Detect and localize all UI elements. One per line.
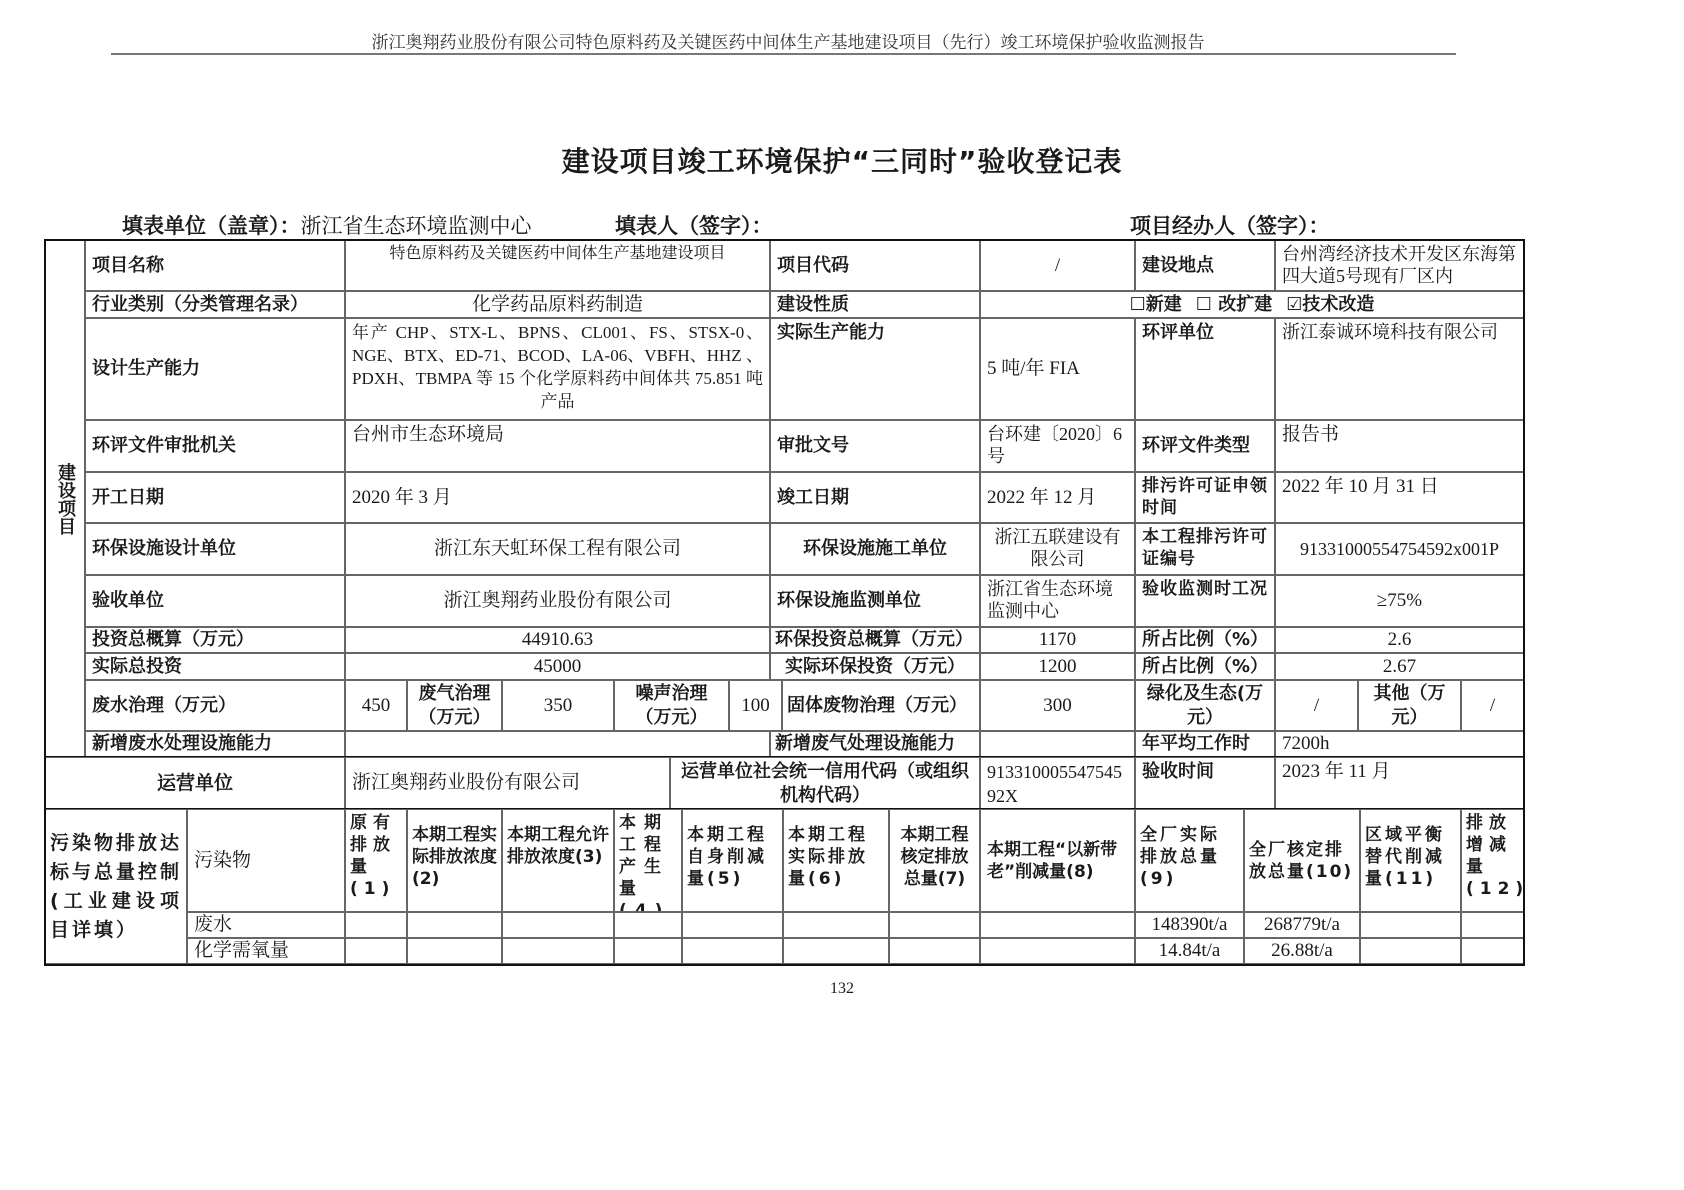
design-capacity-label: 设计生产能力 [85,318,345,420]
nature-options: ☐新建 ☐ 改扩建 ☑技术改造 [980,291,1524,318]
page-title: 建设项目竣工环境保护“三同时”验收登记表 [0,140,1684,180]
table-cell [345,912,407,938]
table-cell [889,938,980,964]
acceptance-time-label: 验收时间 [1135,757,1275,809]
actual-invest-value: 45000 [345,653,770,680]
nature-option-expansion-label: 改扩建 [1218,294,1272,315]
wastegas-value: 350 [502,680,614,731]
eia-approver-value: 台州市生态环境局 [345,420,770,472]
section-pollutant-side-label: 污染物排放达标与总量控制(工业建设项目详填） [45,809,187,964]
eia-unit-value: 浙江泰诚环境科技有限公司 [1275,318,1524,420]
fill-unit-label: 填表单位（盖章）： [122,214,301,238]
start-date-value: 2020 年 3 月 [345,472,770,523]
table-cell [783,938,889,964]
nature-option-expansion[interactable]: ☐ 改扩建 [1196,293,1272,317]
operator-value: 浙江奥翔药业股份有限公司 [345,757,670,809]
table-cell: 26.88t/a [1244,938,1360,964]
col-header-9: 全厂实际排放总量(9) [1135,809,1244,912]
nature-option-new-label: 新建 [1146,294,1182,315]
table-cell [682,912,783,938]
actual-capacity-label: 实际生产能力 [770,318,980,420]
table-cell [407,912,502,938]
credit-code-label: 运营单位社会统一信用代码（或组织机构代码） [670,757,980,809]
actual-env-invest-value: 1200 [980,653,1135,680]
nature-label: 建设性质 [770,291,980,318]
location-value: 台州湾经济技术开发区东海第四大道5号现有厂区内 [1275,240,1524,291]
table-cell [345,938,407,964]
monitor-condition-label: 验收监测时工况 [1135,575,1275,627]
start-date-label: 开工日期 [85,472,345,523]
table-cell: 148390t/a [1135,912,1244,938]
permit-no-label: 本工程排污许可证编号 [1135,523,1275,575]
col-header-1: 原有排放量(1) [345,809,407,912]
project-code-label: 项目代码 [770,240,980,291]
green-label: 绿化及生态(万元） [1135,680,1275,731]
eia-unit-label: 环评单位 [1135,318,1275,420]
page-number: 132 [0,980,1684,998]
table-cell [502,938,614,964]
design-capacity-value: 年产 CHP、STX-L、BPNS、CL001、FS、STSX-0、NGE、BT… [345,318,770,420]
wastegas-label: 废气治理（万元） [407,680,502,731]
table-cell [1461,912,1524,938]
work-hours-label: 年平均工作时 [1135,731,1275,757]
actual-capacity-value: 5 吨/年 FIA [980,318,1135,420]
credit-code-value: 91331000554754592X [980,757,1135,809]
checkbox-unchecked-icon[interactable]: ☐ [1196,294,1212,315]
complete-date-value: 2022 年 12 月 [980,472,1135,523]
acceptance-unit-value: 浙江奥翔药业股份有限公司 [345,575,770,627]
ratio2-label: 所占比例（%） [1135,653,1275,680]
manager-label: 项目经办人（签字）： [1130,214,1330,238]
pollutant-row-name: 废水 [187,912,345,938]
col-header-5: 本期工程自身削减量(5) [682,809,783,912]
table-cell [1360,938,1461,964]
ratio1-label: 所占比例（%） [1135,627,1275,653]
table-cell [682,938,783,964]
table-cell [407,938,502,964]
col-header-11: 区域平衡替代削减量(11) [1360,809,1461,912]
col-header-10: 全厂核定排放总量(10) [1244,809,1360,912]
col-header-8: 本期工程“以新带老”削减量(8) [980,809,1135,912]
permit-no-value: 91331000554754592x001P [1275,523,1524,575]
new-ww-capacity-value [345,731,770,757]
table-cell: 14.84t/a [1135,938,1244,964]
table-cell [502,912,614,938]
pollutant-row-name: 化学需氧量 [187,938,345,964]
wastewater-value: 450 [345,680,407,731]
header-divider [111,53,1456,55]
new-ww-capacity-label: 新增废水处理设施能力 [85,731,345,757]
work-hours-value: 7200h [1275,731,1524,757]
filler-signature: 填表人（签字）： [615,210,773,240]
new-gas-capacity-value [980,731,1135,757]
filler-label: 填表人（签字）： [615,214,773,238]
actual-env-invest-label: 实际环保投资（万元） [770,653,980,680]
eia-type-value: 报告书 [1275,420,1524,472]
env-build-label: 环保设施施工单位 [770,523,980,575]
checkbox-unchecked-icon[interactable]: ☐ [1130,294,1146,315]
section-project-side-label: 建设项目 [45,240,85,757]
project-code-value: / [980,240,1135,291]
manager-signature: 项目经办人（签字）： [1130,210,1330,240]
approval-no-value: 台环建〔2020〕6号 [980,420,1135,472]
monitor-condition-value: ≥75% [1275,575,1524,627]
table-cell [980,938,1135,964]
actual-invest-label: 实际总投资 [85,653,345,680]
env-invest-budget-label: 环保投资总概算（万元） [770,627,980,653]
fill-unit-value: 浙江省生态环境监测中心 [301,214,532,238]
acceptance-unit-label: 验收单位 [85,575,345,627]
other-label: 其他（万元） [1358,680,1461,731]
new-gas-capacity-label: 新增废气处理设施能力 [770,731,980,757]
location-label: 建设地点 [1135,240,1275,291]
col-header-2: 本期工程实际排放浓度(2) [407,809,502,912]
invest-budget-value: 44910.63 [345,627,770,653]
side-label-text: 建设项目 [53,463,77,535]
nature-option-new[interactable]: ☐新建 [1130,293,1182,317]
col-header-6: 本期工程实际排放量(6) [783,809,889,912]
eia-approver-label: 环评文件审批机关 [85,420,345,472]
project-name-value: 特色原料药及关键医药中间体生产基地建设项目 [345,240,770,291]
env-design-value: 浙江东天虹环保工程有限公司 [345,523,770,575]
wastewater-label: 废水治理（万元） [85,680,345,731]
ratio2-value: 2.67 [1275,653,1524,680]
table-cell [614,938,682,964]
env-monitor-label: 环保设施监测单位 [770,575,980,627]
nature-option-tech-upgrade[interactable]: ☑技术改造 [1286,293,1374,317]
industry-label: 行业类别（分类管理名录） [85,291,345,318]
env-invest-budget-value: 1170 [980,627,1135,653]
noise-label: 噪声治理（万元） [614,680,729,731]
project-name-label: 项目名称 [85,240,345,291]
table-cell [614,912,682,938]
env-monitor-value: 浙江省生态环境监测中心 [980,575,1135,627]
permit-date-value: 2022 年 10 月 31 日 [1275,472,1524,523]
noise-value: 100 [729,680,782,731]
eia-type-label: 环评文件类型 [1135,420,1275,472]
ratio1-value: 2.6 [1275,627,1524,653]
solid-value: 300 [980,680,1135,731]
col-header-pollutant: 污染物 [187,809,345,912]
complete-date-label: 竣工日期 [770,472,980,523]
other-value: / [1461,680,1524,731]
acceptance-time-value: 2023 年 11 月 [1275,757,1524,809]
invest-budget-label: 投资总概算（万元） [85,627,345,653]
industry-value: 化学药品原料药制造 [345,291,770,318]
table-cell [889,912,980,938]
checkbox-checked-icon[interactable]: ☑ [1286,294,1302,315]
operator-label: 运营单位 [45,757,345,809]
col-header-12: 排放增减量(12) [1461,809,1524,912]
permit-date-label: 排污许可证申领时间 [1135,472,1275,523]
table-cell [1360,912,1461,938]
table-cell [980,912,1135,938]
col-header-4: 本期工程产生量(4) [614,809,682,912]
fill-unit: 填表单位（盖章）：浙江省生态环境监测中心 [122,210,532,240]
env-design-label: 环保设施设计单位 [85,523,345,575]
table-cell [1461,938,1524,964]
green-value: / [1275,680,1358,731]
approval-no-label: 审批文号 [770,420,980,472]
col-header-3: 本期工程允许排放浓度(3) [502,809,614,912]
solid-label: 固体废物治理（万元） [782,680,980,731]
table-cell [783,912,889,938]
table-cell: 268779t/a [1244,912,1360,938]
env-build-value: 浙江五联建设有限公司 [980,523,1135,575]
col-header-7: 本期工程核定排放总量(7) [889,809,980,912]
nature-option-tech-upgrade-label: 技术改造 [1302,294,1374,315]
running-header: 浙江奥翔药业股份有限公司特色原料药及关键医药中间体生产基地建设项目（先行）竣工环… [120,28,1456,53]
